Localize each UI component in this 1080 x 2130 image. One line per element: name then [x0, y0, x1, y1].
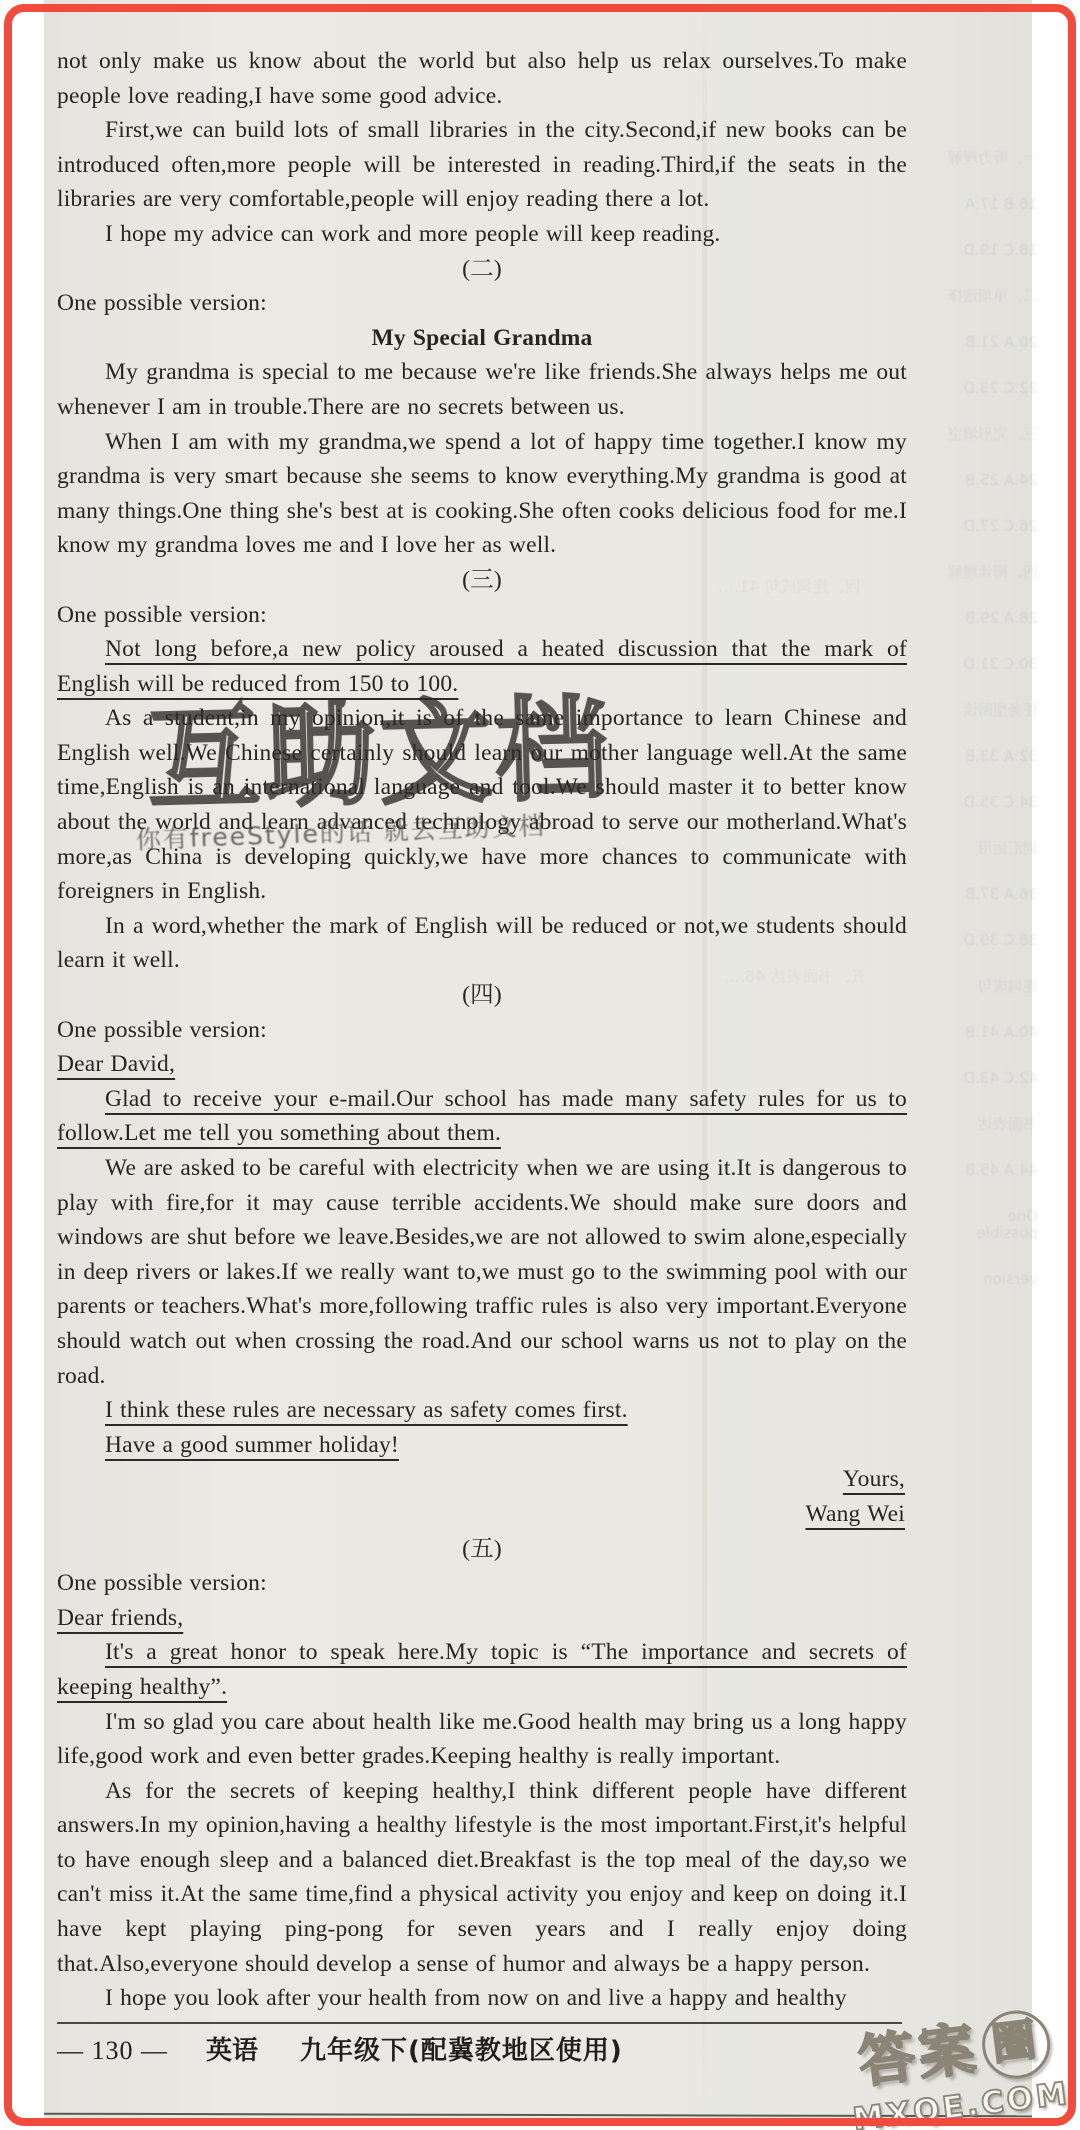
section-marker: (二): [57, 252, 907, 287]
section-marker: (三): [57, 563, 907, 598]
essay-title: My Special Grandma: [57, 321, 907, 356]
ghost-text-fragment: version: [942, 1271, 1038, 1288]
essay-line: Dear David,: [57, 1047, 907, 1082]
essay-line: I think these rules are necessary as saf…: [57, 1393, 907, 1428]
ghost-text-fragment: 四、阅读理解: [942, 564, 1038, 581]
ghost-text-fragment: 28.A 29.B: [942, 610, 1038, 627]
essay-line: I'm so glad you care about health like m…: [57, 1705, 907, 1774]
essay-line: It's a great honor to speak here.My topi…: [57, 1635, 907, 1704]
ghost-text-fragment: 词汇运用: [942, 840, 1038, 857]
page-number: — 130 —: [57, 2036, 168, 2066]
ghost-text-fragment: 22.C 23.D: [942, 380, 1038, 397]
footer-rule: [57, 2022, 902, 2024]
essay-line: I hope my advice can work and more peopl…: [57, 217, 907, 252]
essay-line: As for the secrets of keeping healthy,I …: [57, 1774, 907, 1982]
ghost-text-fragment: 30.C 31.D: [942, 656, 1038, 673]
essay-line: Glad to receive your e-mail.Our school h…: [57, 1082, 907, 1151]
ghost-text-fragment: 26.C 27.D: [942, 518, 1038, 535]
print-through-ghost-column: 一、听力理解16.B 17.A18.C 19.D二、单项选择20.A 21.B2…: [942, 150, 1038, 1990]
ghost-text-fragment: 20.A 21.B: [942, 334, 1038, 351]
essay-line: I hope you look after your health from n…: [57, 1981, 907, 2012]
page-footer: — 130 — 英语 九年级下(配冀教地区使用): [57, 2030, 623, 2067]
essay-line: Dear friends,: [57, 1601, 907, 1636]
ghost-text-fragment: 18.C 19.D: [942, 242, 1038, 259]
essay-flow: not only make us know about the world bu…: [57, 44, 907, 2012]
essay-line: We are asked to be careful with electric…: [57, 1151, 907, 1393]
ghost-text-fragment: One possible: [942, 1208, 1038, 1242]
ghost-text-fragment: 40.A 41.B: [942, 1024, 1038, 1041]
essay-line: not only make us know about the world bu…: [57, 44, 907, 113]
essay-line: Have a good summer holiday!: [57, 1428, 907, 1463]
ghost-text-fragment: 一、听力理解: [942, 150, 1038, 167]
ghost-text-fragment: 32.A 33.B: [942, 748, 1038, 765]
ghost-text-fragment: 二、单项选择: [942, 288, 1038, 305]
ghost-text-fragment: 44.A 45.B: [942, 1162, 1038, 1179]
essay-line: One possible version:: [57, 1566, 907, 1601]
essay-line: First,we can build lots of small librari…: [57, 113, 907, 217]
ghost-text-fragment: 三、完形填空: [942, 426, 1038, 443]
ghost-text-fragment: 24.A 25.B: [942, 472, 1038, 489]
ghost-text-fragment: 34.C 35.D: [942, 794, 1038, 811]
essay-line: My grandma is special to me because we'r…: [57, 355, 907, 424]
section-marker: (五): [57, 1532, 907, 1567]
ghost-text-fragment: 书面表达: [942, 1116, 1038, 1133]
essay-line: One possible version:: [57, 1013, 907, 1048]
footer-edition: 九年级下(配冀教地区使用): [300, 2030, 623, 2067]
essay-line: In a word,whether the mark of English wi…: [57, 909, 907, 978]
section-marker: (四): [57, 978, 907, 1013]
essay-line: One possible version:: [57, 598, 907, 633]
ghost-text-fragment: 42.C 43.D: [942, 1070, 1038, 1087]
ghost-text-fragment: 36.A 37.B: [942, 886, 1038, 903]
ghost-text-fragment: 16.B 17.A: [942, 196, 1038, 213]
ghost-text-fragment: 连词成句: [942, 978, 1038, 995]
essay-line: Yours,: [57, 1462, 907, 1497]
essay-line: Wang Wei: [57, 1497, 907, 1532]
essay-line: One possible version:: [57, 286, 907, 321]
ghost-text-fragment: 任务型阅读: [942, 702, 1038, 719]
footer-subject: 英语: [206, 2030, 258, 2067]
essay-line: When I am with my grandma,we spend a lot…: [57, 425, 907, 563]
essay-line: As a student,in my opinion,it is of the …: [57, 701, 907, 909]
ghost-text-fragment: 38.C 39.D: [942, 932, 1038, 949]
essay-line: Not long before,a new policy aroused a h…: [57, 632, 907, 701]
